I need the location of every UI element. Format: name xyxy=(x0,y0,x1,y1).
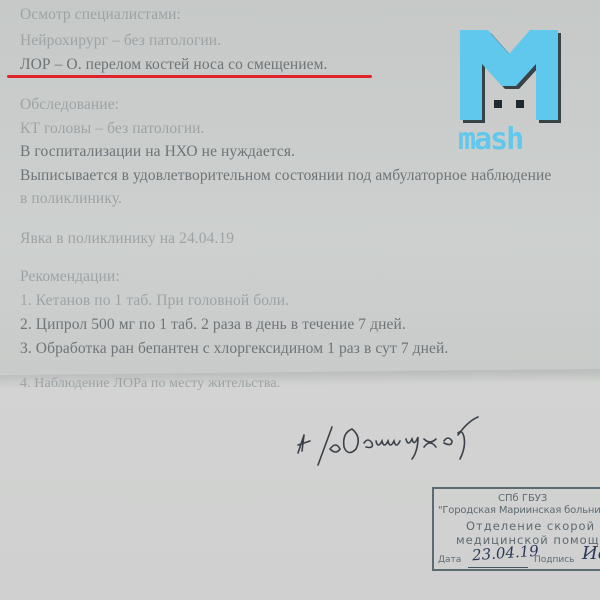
stamp-date-underline xyxy=(468,567,528,568)
examination-discharge-cont: в поликлинику. xyxy=(20,190,122,208)
stamp-org: СПб ГБУЗ xyxy=(498,493,547,504)
specialist-ent: ЛОР – О. перелом костей носа со смещение… xyxy=(20,56,328,74)
hospital-stamp: СПб ГБУЗ "Городская Мариинская больница"… xyxy=(432,487,600,571)
stamp-sign-label: Подпись xyxy=(534,555,574,565)
mash-logo-icon: mash xyxy=(452,22,570,152)
stamp-date-value: 23.04.19 xyxy=(471,542,539,565)
examination-ct: КТ головы – без патологии. xyxy=(20,120,204,138)
recommendation-item-4: 4. Наблюдение ЛОРа по месту жительства. xyxy=(20,376,280,392)
red-underline-annotation xyxy=(7,75,372,78)
recommendations-heading: Рекомендации: xyxy=(20,268,120,286)
recommendation-item-1: 1. Кетанов по 1 таб. При головной боли. xyxy=(20,292,289,310)
svg-text:mash: mash xyxy=(458,122,522,152)
recommendation-item-2: 2. Ципрол 500 мг по 1 таб. 2 раза в день… xyxy=(20,316,406,334)
stamp-hospital: "Городская Мариинская больница" xyxy=(438,505,600,516)
follow-up-date: Явка в поликлинику на 24.04.19 xyxy=(20,230,234,248)
examination-discharge: Выписывается в удовлетворительном состоя… xyxy=(20,167,551,185)
stamp-sign-mark: Ис xyxy=(582,543,600,564)
recommendation-item-3: 3. Обработка ран бепантен с хлоргексидин… xyxy=(20,340,448,358)
examination-heading: Обследование: xyxy=(20,96,119,114)
stamp-department: Отделение скорой xyxy=(466,519,595,533)
examination-hospitalization: В госпитализации на НХО не нуждается. xyxy=(20,143,295,161)
specialists-heading: Осмотр специалистами: xyxy=(20,6,181,24)
doctor-signature xyxy=(290,405,550,475)
stamp-date-label: Дата xyxy=(438,555,461,565)
specialist-neurosurgeon: Нейрохирург – без патологии. xyxy=(20,32,221,50)
